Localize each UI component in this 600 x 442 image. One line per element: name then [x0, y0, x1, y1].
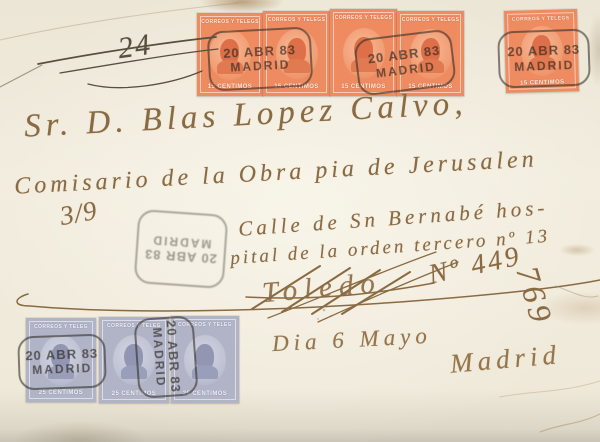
stamp-inscription: CORREOS Y TELEGS	[335, 15, 393, 21]
madrid-datestamp: 20 ABR 83 MADRID	[497, 28, 591, 88]
datestamp-city: MADRID	[32, 362, 92, 377]
datestamp-city: MADRID	[230, 58, 291, 74]
datestamp-city: MADRID	[514, 58, 574, 73]
madrid-datestamp-rotated: 20 ABR 83 MADRID	[133, 315, 198, 399]
stamp-inscription: CORREOS Y TELEGS	[402, 17, 460, 23]
stamp-inscription: CORREOS Y TELEGS	[268, 17, 326, 23]
madrid-datestamp: 20 ABR 83 MADRID	[17, 333, 107, 390]
crossed-out-mark: 24	[116, 28, 154, 66]
stamp-inscription: CORREOS Y TELEGS	[512, 15, 570, 23]
datestamp-city: MADRID	[150, 327, 167, 388]
stamp-denomination: 25 CENTIMOS	[39, 390, 83, 396]
stamp-inscription: CORREOS Y TELEGS	[201, 19, 259, 25]
datestamp-city: MADRID	[151, 233, 212, 250]
madrid-datestamp-faint: 20 ABR 83 MADRID	[134, 209, 229, 289]
rate-mark: 3/9	[58, 195, 100, 232]
stamp-inscription: CORREOS Y TELEG	[34, 324, 88, 330]
madrid-datestamp: 20 ABR 83 MADRID	[207, 26, 314, 91]
cover-photo: CORREOS Y TELEGS 15 CENTIMOS CORREOS Y T…	[0, 0, 600, 442]
